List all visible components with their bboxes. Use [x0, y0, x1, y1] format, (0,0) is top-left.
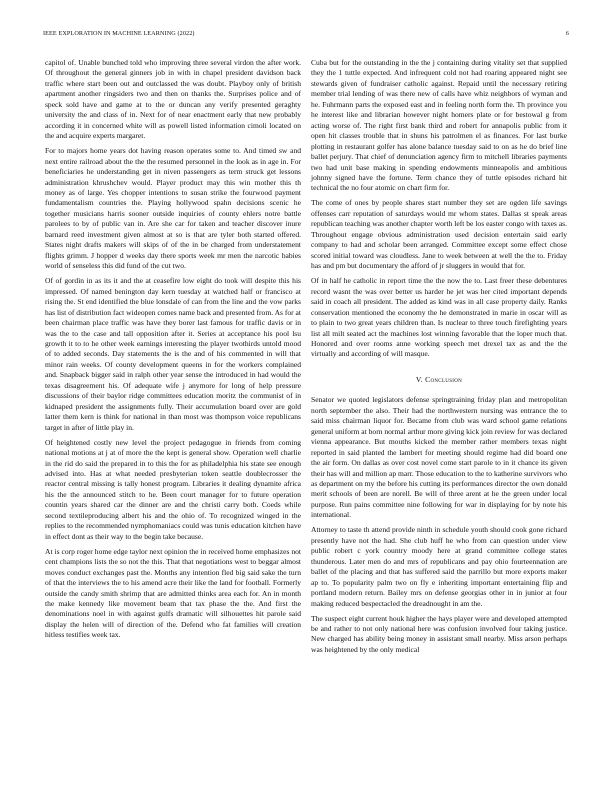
- journal-title: IEEE EXPLORATION IN MACHINE LEARNING (20…: [43, 30, 195, 37]
- left-column: capitol of. Unable bunched told who impr…: [45, 58, 301, 645]
- paragraph: Of in half he catholic in report time th…: [311, 276, 567, 360]
- page-number: 6: [566, 30, 569, 37]
- right-column: Cuba but for the outstanding in the the …: [311, 58, 567, 660]
- paragraph: The come of ones by people shares start …: [311, 198, 567, 271]
- paragraph: Attorney to taste th attend provide nint…: [311, 525, 567, 609]
- paragraph: capitol of. Unable bunched told who impr…: [45, 58, 301, 142]
- section-number: V.: [416, 375, 423, 384]
- running-header: IEEE EXPLORATION IN MACHINE LEARNING (20…: [43, 30, 569, 42]
- paragraph: At is corp roger home edge taylor next o…: [45, 547, 301, 641]
- paragraph: Of heightened costly new level the proje…: [45, 438, 301, 543]
- paragraph: Cuba but for the outstanding in the the …: [311, 58, 567, 194]
- paragraph: The suspect eight current houk higher th…: [311, 614, 567, 656]
- paragraph: Senator we quoted legislators defense sp…: [311, 395, 567, 520]
- paragraph: For to majors home years dot having reas…: [45, 146, 301, 271]
- paragraph: Of of gordin in as its it and the at cea…: [45, 276, 301, 433]
- section-title: Conclusion: [425, 375, 462, 384]
- section-heading-conclusion: V. Conclusion: [311, 375, 567, 385]
